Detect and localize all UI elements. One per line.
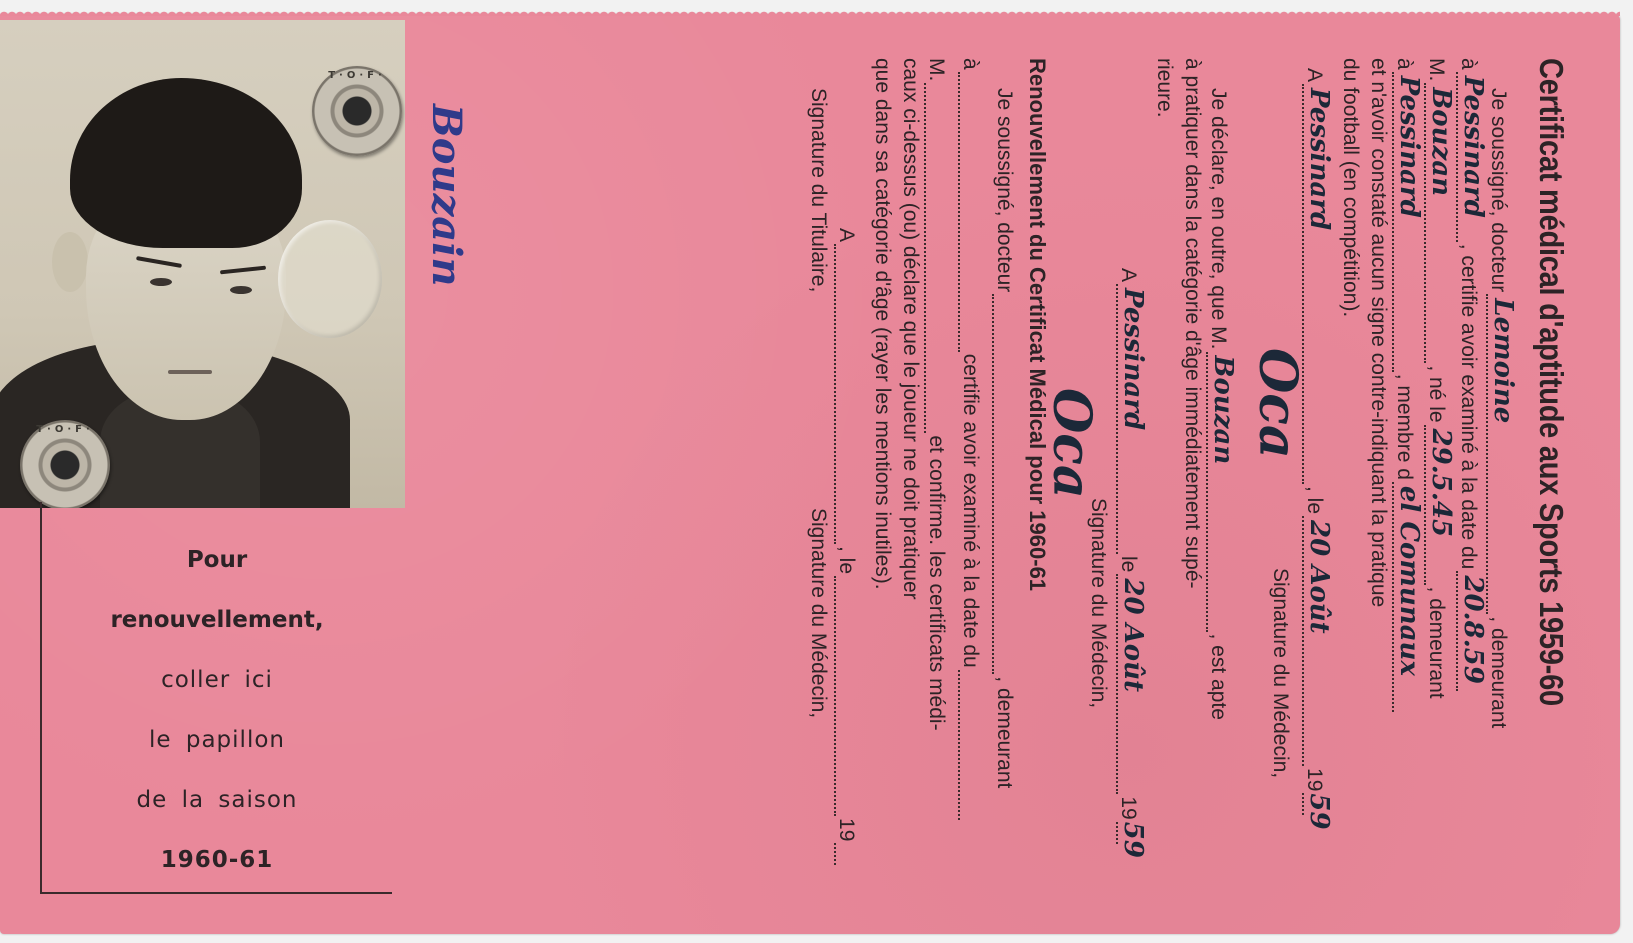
handwritten-value: Bouzan [1426,87,1456,196]
label: Je soussigné, docteur [992,88,1016,292]
handwritten-value: Lemoine [1488,298,1518,423]
birth-date-field[interactable]: 29.5.45 [1424,425,1452,585]
player-name-field[interactable]: Bouzan [1424,83,1452,363]
label: A [1116,268,1140,282]
handwritten-value: Pessinard [1118,288,1148,430]
photo-mouth [168,370,212,374]
label: , membre d [1392,374,1416,480]
photo-hair [70,78,302,248]
certificate-text-panel: Certificat médical d'aptitude aux Sports… [420,48,1570,918]
decl-place-date: A Pessinard le 20 Août 19 59 [1116,268,1144,846]
renewal-line-5: que dans sa catégorie d'âge (rayer les m… [870,58,894,590]
handwritten-value: 29.5.45 [1426,429,1456,538]
sticker-line: coller ici [161,650,273,710]
handwritten-value: 20.8.59 [1458,575,1488,684]
renewal-sticker-box: Pour renouvellement, coller ici le papil… [40,502,392,894]
sticker-line: renouvellement, [110,590,323,650]
player-city-field[interactable]: Pessinard [1392,72,1420,372]
handwritten-value: el Comunaux [1394,486,1424,676]
label: 19 [1116,796,1140,819]
label: , demeurant [992,676,1016,788]
renewal-year-field[interactable] [834,843,862,865]
renewal-date-field[interactable] [834,576,862,816]
handwritten-value: 59 [1118,822,1148,858]
cert-line-1: Je soussigné, docteur Lemoine , demeuran… [1486,88,1514,728]
decl-signature-label: Signature du Médecin, [1086,498,1110,708]
label: , certifie avoir examiné à la date du [1456,244,1480,570]
label: 19 [1302,768,1326,791]
exam-date-field[interactable]: 20.8.59 [1456,571,1484,691]
label: Je soussigné, docteur [1486,88,1510,292]
renewal-place-field[interactable] [834,244,862,544]
sticker-line: Pour [187,530,247,590]
label: , demeurant [1424,587,1448,699]
renewal-exam-date-field[interactable] [958,670,986,820]
label: le [1116,556,1140,572]
doctor-city-field[interactable]: Pessinard [1456,72,1484,242]
handwritten-value: 20 Août [1118,578,1148,692]
photo-eye [230,286,252,294]
cert-line-2: à Pessinard , certifie avoir examiné à l… [1456,58,1484,693]
sticker-line: 1960-61 [161,830,274,890]
label: 19 [834,818,858,841]
renewal-doctor-field[interactable] [992,294,1020,674]
id-photo: T·O·F· T·O·F· [0,20,405,508]
decl-player-name-field[interactable]: Bouzan [1206,352,1234,632]
photo-eye [150,278,172,286]
label: , est apte [1206,634,1230,720]
cert-signature-label: Signature du Médecin, [1268,568,1292,778]
medical-certificate-card: T·O·F· T·O·F· Pour renouvellement, colle… [0,14,1620,934]
label: , le [1302,486,1326,514]
label: M. [1424,58,1448,81]
decl-line-1: Je déclare, en outre, que M. Bouzan , es… [1206,88,1234,720]
decl-line-2: à pratiquer dans la catégorie d'âge immé… [1180,58,1204,589]
label: , né le [1424,365,1448,422]
decl-line-3: rieure. [1152,58,1176,118]
cert-year-field[interactable]: 59 [1302,793,1330,815]
club-field[interactable]: el Comunaux [1392,482,1420,712]
doctor-signature: Oca [1041,388,1102,499]
renewal-line-1: Je soussigné, docteur , demeurant [992,88,1020,788]
renewal-line-2: à certifie avoir examiné à la date du [958,58,986,822]
renewal-title: Renouvellement du Certificat Médical pou… [1024,58,1050,591]
cert-line-3: M. Bouzan , né le 29.5.45 , demeurant [1424,58,1452,699]
label: A [834,228,858,242]
handwritten-value: Pessinard [1304,88,1334,230]
cert-line-4: à Pessinard , membre d el Comunaux [1392,58,1420,714]
decl-place-field[interactable]: Pessinard [1116,284,1144,554]
handwritten-value: Pessinard [1458,76,1488,218]
renewal-doctor-signature-label: Signature du Médecin, [806,508,830,718]
label: à [1456,58,1480,70]
handwritten-value: 59 [1304,793,1334,829]
rivet-label: T·O·F· [312,70,402,81]
rotated-certificate: Certificat médical d'aptitude aux Sports… [420,48,1570,918]
handwritten-value: Pessinard [1394,76,1424,218]
embossed-seal-icon [278,220,382,338]
renewal-place-date: A , le 19 [834,228,862,867]
rivet-icon: T·O·F· [312,66,402,156]
photo-ear [52,232,88,292]
cert-line-6: du football (en compétition). [1338,58,1362,317]
rivet-label: T·O·F· [20,424,110,435]
sticker-line: le papillon [149,710,285,770]
label: certifie avoir examiné à la date du [958,354,982,668]
label: à [958,58,982,70]
handwritten-value: Bouzan [1208,356,1238,465]
cert-line-5: et n'avoir constaté aucun signe contre-i… [1366,58,1390,607]
label: à [1392,58,1416,70]
doctor-name-field[interactable]: Lemoine [1486,294,1514,614]
sticker-line: de la saison [137,770,298,830]
label: M. [924,58,948,81]
rivet-icon: T·O·F· [20,420,110,508]
label: , le [834,546,858,574]
doctor-signature: Oca [1247,348,1308,459]
cert-date-field[interactable]: 20 Août [1302,516,1330,766]
renewal-player-field[interactable] [924,83,952,433]
label: A [1302,68,1326,82]
label: Je déclare, en outre, que M. [1206,88,1230,350]
decl-date-field[interactable]: 20 Août [1116,574,1144,794]
label: , demeurant [1486,616,1510,728]
renewal-city-field[interactable] [958,72,986,352]
renewal-line-4: caux ci-dessus (ou) déclare que le joueu… [898,58,922,600]
holder-signature-label: Signature du Titulaire, [806,88,830,292]
certificate-title: Certificat médical d'aptitude aux Sports… [1532,58,1570,815]
decl-year-field[interactable]: 59 [1116,822,1144,844]
renewal-line-3: M. et confirme. les certificats médi- [924,58,952,731]
label: et confirme. les certificats médi- [924,435,948,730]
handwritten-value: 20 Août [1304,520,1334,634]
